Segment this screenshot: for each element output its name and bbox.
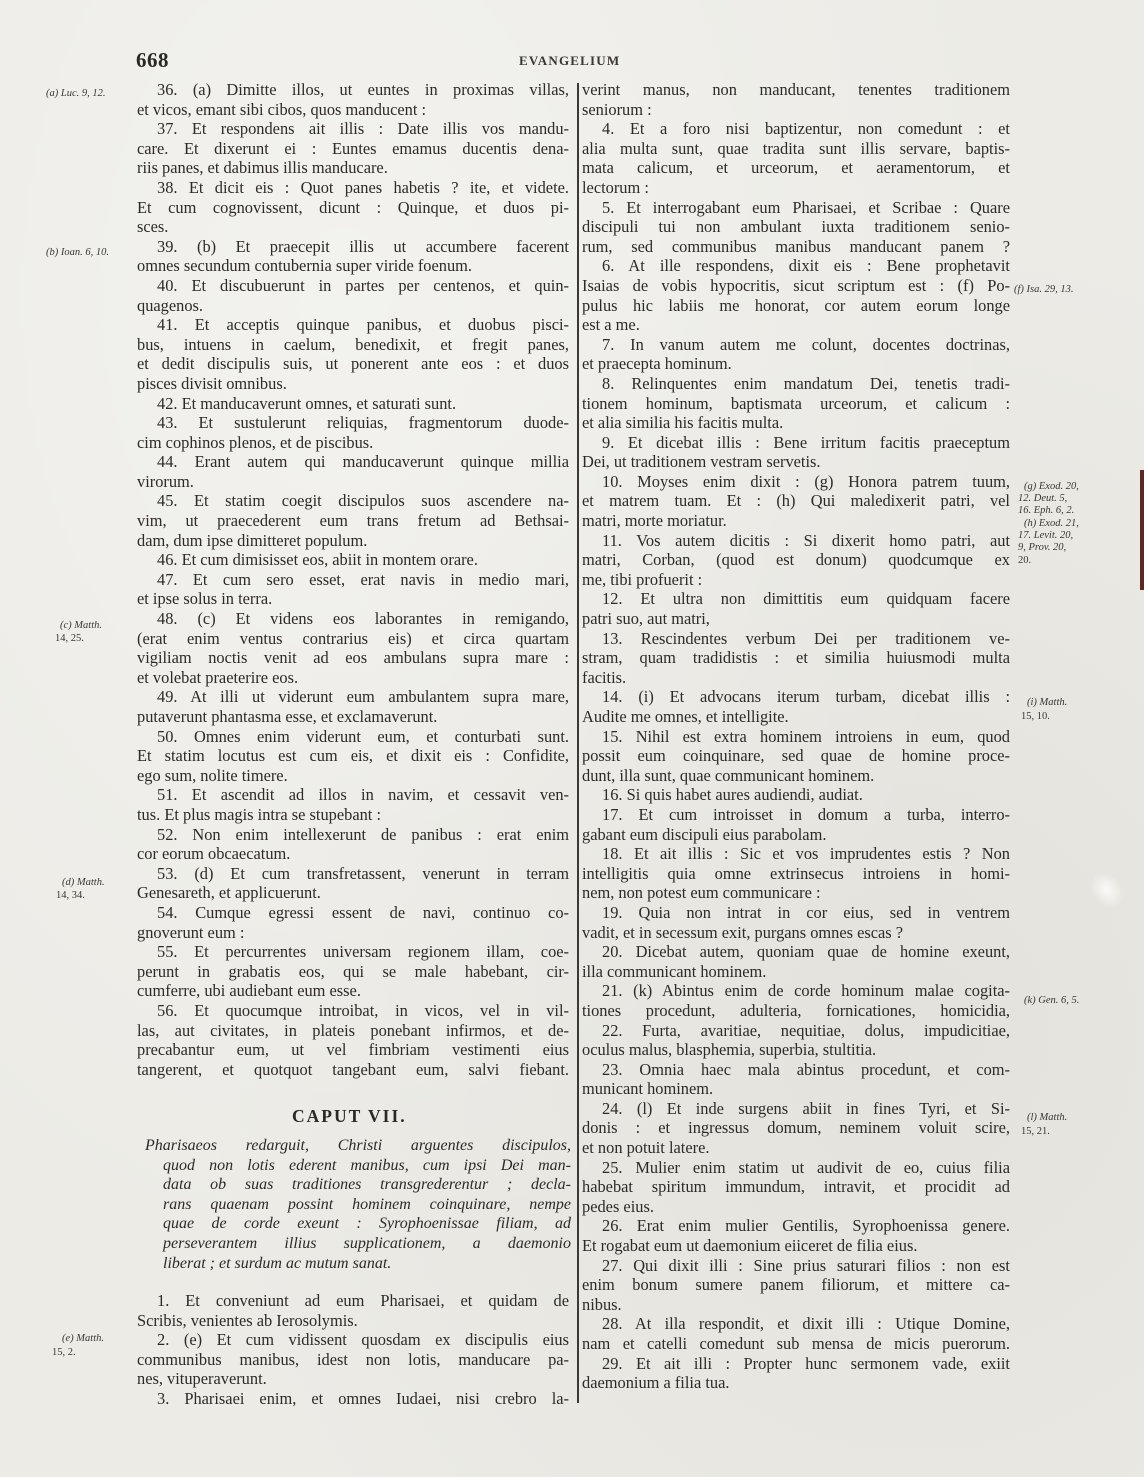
text-line: 55. Et percurrentes universam regionem i… [137, 942, 569, 962]
margin-note-h-3: 9, Prov. 20, [1018, 542, 1066, 553]
text-line: 2. (e) Et cum vidissent quosdam ex disci… [137, 1330, 569, 1350]
text-line: 50. Omnes enim viderunt eum, et conturba… [137, 727, 569, 747]
page-number: 668 [136, 48, 169, 73]
text-line: 23. Omnia haec mala abintus procedunt, e… [582, 1060, 1010, 1080]
text-line: gnoverunt eum : [137, 923, 569, 943]
summary-line: quod non lotis ederent manibus, cum ipsi… [145, 1156, 571, 1176]
text-line: omnes secundum contubernia super viride … [137, 256, 569, 276]
text-line: 44. Erant autem qui manducaverunt quinqu… [137, 452, 569, 472]
text-line: 45. Et statim coegit discipulos suos asc… [137, 491, 569, 511]
text-line: cumferre, ubi audiebant eum esse. [137, 981, 569, 1001]
summary-line: quae de corde exeunt : Syrophoenissae fi… [145, 1214, 571, 1234]
text-line: perunt in grabatis eos, qui se male habe… [137, 962, 569, 982]
text-line: intelligitis quia omne extrinsecus intro… [582, 864, 1010, 884]
text-line: 19. Quia non intrat in cor eius, sed in … [582, 903, 1010, 923]
text-line: et vicos, emant sibi cibos, quos manduce… [137, 100, 569, 120]
summary-line: data ob suas traditiones transgrederentu… [145, 1175, 571, 1195]
text-line: mata calicum, et urceorum, et aeramentor… [582, 158, 1010, 178]
text-line: 12. Et ultra non dimittitis eum quidquam… [582, 589, 1010, 609]
text-line: tiones procedunt, adulteria, fornication… [582, 1001, 1010, 1021]
text-line: 13. Rescindentes verbum Dei per traditio… [582, 629, 1010, 649]
text-line: Et rogabat eum ut daemonium eiiceret de … [582, 1236, 1010, 1256]
margin-note-l: (l) Matth. [1027, 1112, 1067, 1123]
text-line: pisces divisit omnibus. [137, 374, 569, 394]
text-line: 49. At illi ut viderunt eum ambulantem s… [137, 687, 569, 707]
text-line: 25. Mulier enim statim ut audivit de eo,… [582, 1158, 1010, 1178]
text-line: possit eum coinquinare, sed quae de homi… [582, 746, 1010, 766]
margin-note-i-ref: 15, 10. [1021, 711, 1050, 722]
margin-note-c-ref: 14, 25. [55, 633, 84, 644]
text-line: 39. (b) Et praecepit illis ut accumbere … [137, 237, 569, 257]
text-line: Isaias de vobis hypocritis, sicut script… [582, 276, 1010, 296]
text-line: 7. In vanum autem me colunt, docentes do… [582, 335, 1010, 355]
text-line: Dei, ut traditionem vestram servetis. [582, 452, 1010, 472]
text-line: rum, sed communibus manibus manducant pa… [582, 237, 1010, 257]
margin-note-c: (c) Matth. [60, 620, 102, 631]
text-line: care. Et dixerunt ei : Euntes emamus duc… [137, 139, 569, 159]
text-line: alia multa sunt, quae tradita sunt illis… [582, 139, 1010, 159]
text-line: 17. Et cum introisset in domum a turba, … [582, 805, 1010, 825]
running-title: EVANGELIUM [519, 53, 620, 69]
text-line: daemonium a filia tua. [582, 1373, 1010, 1393]
margin-note-h-4: 20. [1018, 555, 1031, 566]
text-line: vigiliam noctis venit ad eos ambulans su… [137, 648, 569, 668]
text-line: 51. Et ascendit ad illos in navim, et ce… [137, 785, 569, 805]
margin-note-e-ref: 15, 2. [52, 1347, 76, 1358]
margin-note-h-1: (h) Exod. 21, [1024, 518, 1079, 529]
margin-note-k: (k) Gen. 6, 5. [1024, 995, 1079, 1006]
text-line: communibus manibus, idest non lotis, man… [137, 1350, 569, 1370]
text-line: 40. Et discubuerunt in partes per centen… [137, 276, 569, 296]
text-line: cor eorum obcaecatum. [137, 844, 569, 864]
chapter-summary: Pharisaeos redarguit, Christi arguentes … [145, 1136, 571, 1273]
text-line: 8. Relinquentes enim mandatum Dei, tenet… [582, 374, 1010, 394]
text-line: matri, Corban, (quod est donum) quodcumq… [582, 550, 1010, 570]
margin-note-g-3: 16. Eph. 6, 2. [1018, 505, 1074, 516]
text-line: 41. Et acceptis quinque panibus, et duob… [137, 315, 569, 335]
text-line: stram, quam tradidistis : et similia hui… [582, 648, 1010, 668]
margin-note-i: (i) Matth. [1027, 697, 1067, 708]
text-line: 36. (a) Dimitte illos, ut euntes in prox… [137, 80, 569, 100]
text-line: dunt, illa sunt, quae communicant homine… [582, 766, 1010, 786]
text-line: seniorum : [582, 100, 1010, 120]
text-line: 1. Et conveniunt ad eum Pharisaei, et qu… [137, 1291, 569, 1311]
text-line: 42. Et manducaverunt omnes, et saturati … [137, 394, 569, 414]
text-line: dam, dum ipse dimitteret populum. [137, 531, 569, 551]
text-line: 38. Et dicit eis : Quot panes habetis ? … [137, 178, 569, 198]
text-line: matri, morte moriatur. [582, 511, 1010, 531]
text-line: 22. Furta, avaritiae, nequitiae, dolus, … [582, 1021, 1010, 1041]
text-line: tionem hominum, baptismata urceorum, et … [582, 394, 1010, 414]
text-line: patri suo, aut matri, [582, 609, 1010, 629]
book-page: 668 EVANGELIUM 36. (a) Dimitte illos, ut… [0, 0, 1144, 1477]
margin-note-f: (f) Isa. 29, 13. [1014, 284, 1074, 295]
paper-crease [1083, 865, 1131, 915]
text-line: ego sum, nolite timere. [137, 766, 569, 786]
text-line: 48. (c) Et videns eos laborantes in remi… [137, 609, 569, 629]
text-line: bus, intuens in caelum, benedixit, et fr… [137, 335, 569, 355]
text-line: 10. Moyses enim dixit : (g) Honora patre… [582, 472, 1010, 492]
text-line: Audite me omnes, et intelligite. [582, 707, 1010, 727]
text-line: 56. Et quocumque introibat, in vicos, ve… [137, 1001, 569, 1021]
text-line: nam et catelli comedunt sub mensa de mic… [582, 1334, 1010, 1354]
text-line: riis panes, et dabimus illis manducare. [137, 158, 569, 178]
margin-note-h-2: 17. Levit. 20, [1018, 530, 1073, 541]
text-line: est a me. [582, 315, 1010, 335]
text-line: 21. (k) Abintus enim de corde hominum ma… [582, 981, 1010, 1001]
chapter-heading: CAPUT VII. [292, 1106, 407, 1127]
text-line: 53. (d) Et cum transfretassent, venerunt… [137, 864, 569, 884]
right-column: verint manus, non manducant, tenentes tr… [582, 80, 1010, 1393]
text-line: 5. Et interrogabant eum Pharisaei, et Sc… [582, 198, 1010, 218]
text-line: 14. (i) Et advocans iterum turbam, diceb… [582, 687, 1010, 707]
margin-note-d-ref: 14, 34. [56, 890, 85, 901]
text-line: 3. Pharisaei enim, et omnes Iudaei, nisi… [137, 1389, 569, 1409]
text-line: verint manus, non manducant, tenentes tr… [582, 80, 1010, 100]
text-line: oculus malus, blasphemia, superbia, stul… [582, 1040, 1010, 1060]
margin-note-b: (b) Ioan. 6, 10. [46, 247, 109, 258]
text-line: et ipse solus in terra. [137, 589, 569, 609]
text-line: illa communicant hominem. [582, 962, 1010, 982]
text-line: et dedit discipulis suis, ut ponerent an… [137, 354, 569, 374]
page-edge-mark [1140, 470, 1144, 590]
text-line: 52. Non enim intellexerunt de panibus : … [137, 825, 569, 845]
text-line: 11. Vos autem dicitis : Si dixerit homo … [582, 531, 1010, 551]
text-line: et volebat praeterire eos. [137, 668, 569, 688]
text-line: 9. Et dicebat illis : Bene irritum facit… [582, 433, 1010, 453]
text-line: discipuli tui non ambulant iuxta traditi… [582, 217, 1010, 237]
text-line: precabantur eum, ut vel fimbriam vestime… [137, 1040, 569, 1060]
text-line: nibus. [582, 1295, 1010, 1315]
text-line: gabant eum discipuli eius parabolam. [582, 825, 1010, 845]
text-line: Scribis, venientes ab Ierosolymis. [137, 1311, 569, 1331]
column-divider [577, 83, 579, 1403]
text-line: 15. Nihil est extra hominem introiens in… [582, 727, 1010, 747]
text-line: lectorum : [582, 178, 1010, 198]
text-line: las, aut civitates, in plateis ponebant … [137, 1021, 569, 1041]
text-line: putaverunt phantasma esse, et exclamaver… [137, 707, 569, 727]
text-line: municant hominem. [582, 1079, 1010, 1099]
text-line: 26. Erat enim mulier Gentilis, Syrophoen… [582, 1216, 1010, 1236]
text-line: et non potuit latere. [582, 1138, 1010, 1158]
margin-note-a: (a) Luc. 9, 12. [46, 88, 106, 99]
text-line: Genesareth, et applicuerunt. [137, 883, 569, 903]
text-line: enim bonum sumere panem filiorum, et mit… [582, 1275, 1010, 1295]
text-line: cim cophinos plenos, et de piscibus. [137, 433, 569, 453]
text-line: sces. [137, 217, 569, 237]
summary-line: liberat ; et surdum ac mutum sanat. [145, 1254, 571, 1274]
text-line: 27. Qui dixit illi : Sine prius saturari… [582, 1256, 1010, 1276]
text-line: donis : et ingressus domum, neminem volu… [582, 1118, 1010, 1138]
text-line: pulus hic labiis me honorat, cor autem e… [582, 296, 1010, 316]
text-line: et alia similia his facitis multa. [582, 413, 1010, 433]
text-line: virorum. [137, 472, 569, 492]
text-line: pedes eius. [582, 1197, 1010, 1217]
text-line: nes, vituperaverunt. [137, 1369, 569, 1389]
text-line: tangerent, et quotquot tangebant eum, sa… [137, 1060, 569, 1080]
text-line: 4. Et a foro nisi baptizentur, non comed… [582, 119, 1010, 139]
text-line: 47. Et cum sero esset, erat navis in med… [137, 570, 569, 590]
text-line: et praecepta hominum. [582, 354, 1010, 374]
text-line: vadit, et in secessum exit, purgans omne… [582, 923, 1010, 943]
text-line: me, tibi profuerit : [582, 570, 1010, 590]
left-column: 36. (a) Dimitte illos, ut euntes in prox… [137, 80, 569, 1079]
text-line: 46. Et cum dimisisset eos, abiit in mont… [137, 550, 569, 570]
margin-note-g-2: 12. Deut. 5, [1018, 493, 1067, 504]
text-line: 16. Si quis habet aures audiendi, audiat… [582, 785, 1010, 805]
text-line: 43. Et sustulerunt reliquias, fragmentor… [137, 413, 569, 433]
margin-note-l-ref: 15, 21. [1021, 1126, 1050, 1137]
text-line: nem, non potest eum communicare : [582, 883, 1010, 903]
margin-note-g-1: (g) Exod. 20, [1024, 481, 1079, 492]
text-line: 54. Cumque egressi essent de navi, conti… [137, 903, 569, 923]
margin-note-d: (d) Matth. [62, 877, 105, 888]
text-line: tus. Et plus magis intra se stupebant : [137, 805, 569, 825]
text-line: Et statim locutus est cum eis, et dixit … [137, 746, 569, 766]
text-line: 37. Et respondens ait illis : Date illis… [137, 119, 569, 139]
margin-note-e: (e) Matth. [62, 1333, 104, 1344]
text-line: Et cum cognovissent, dicunt : Quinque, e… [137, 198, 569, 218]
text-line: facitis. [582, 668, 1010, 688]
text-line: vim, ut praecederent eum trans fretum ad… [137, 511, 569, 531]
text-line: 18. Et ait illis : Sic et vos imprudente… [582, 844, 1010, 864]
text-line: (erat enim ventus contrarius eis) et cir… [137, 629, 569, 649]
text-line: 24. (l) Et inde surgens abiit in fines T… [582, 1099, 1010, 1119]
summary-line: Pharisaeos redarguit, Christi arguentes … [145, 1136, 571, 1156]
text-line: 28. At illa respondit, et dixit illi : U… [582, 1314, 1010, 1334]
text-line: 20. Dicebat autem, quoniam quae de homin… [582, 942, 1010, 962]
summary-line: perseverantem illius supplicationem, a d… [145, 1234, 571, 1254]
text-line: habebat spiritum immundum, intravit, et … [582, 1177, 1010, 1197]
text-line: 6. At ille respondens, dixit eis : Bene … [582, 256, 1010, 276]
text-line: et matrem tuam. Et : (h) Qui maledixerit… [582, 491, 1010, 511]
summary-line: rans quaenam possint hominem coinquinare… [145, 1195, 571, 1215]
text-line: quagenos. [137, 296, 569, 316]
running-head: 668 EVANGELIUM [0, 48, 1144, 74]
text-line: 29. Et ait illi : Propter hunc sermonem … [582, 1354, 1010, 1374]
chapter-text-left: 1. Et conveniunt ad eum Pharisaei, et qu… [137, 1291, 569, 1409]
